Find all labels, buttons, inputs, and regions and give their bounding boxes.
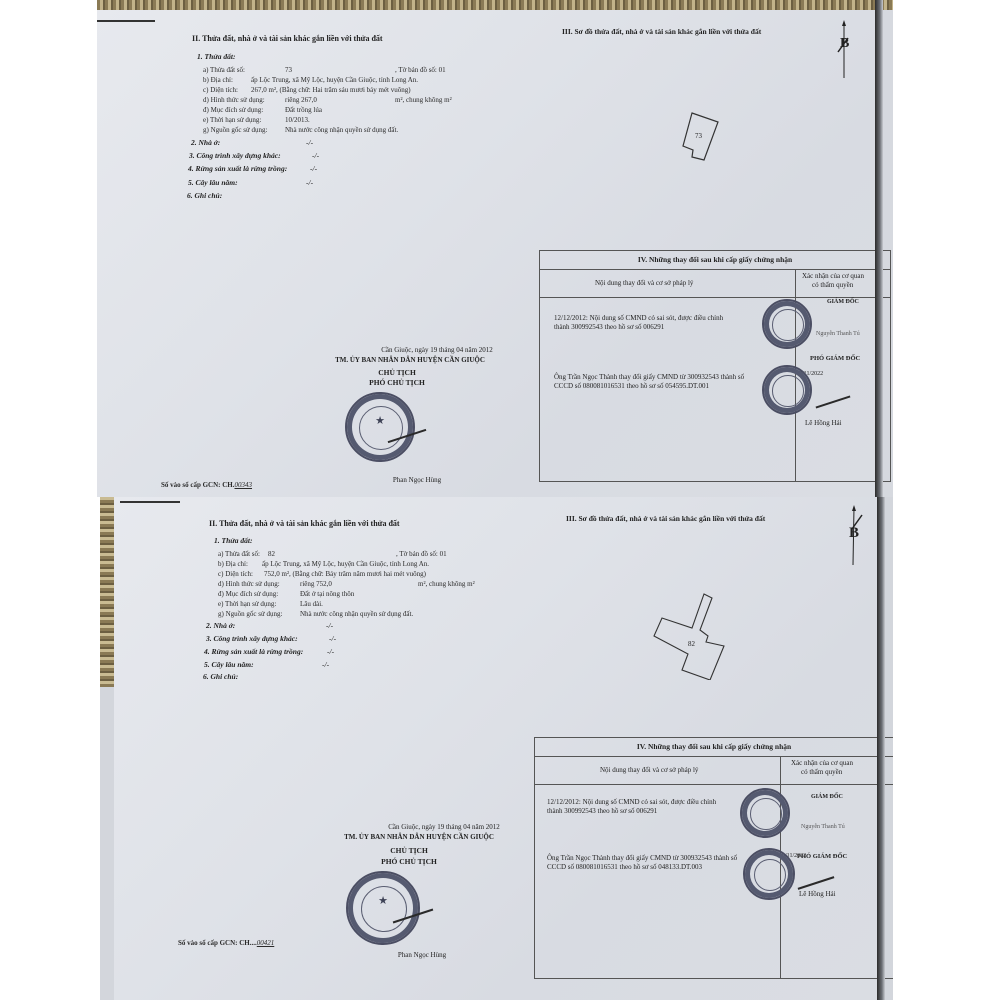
confirm-2-title: PHÓ GIÁM ĐỐC xyxy=(797,853,847,860)
column-header-content: Nội dung thay đổi và cơ sở pháp lý xyxy=(595,279,693,287)
certificate-page: II. Thửa đất, nhà ở và tài sản khác gắn … xyxy=(114,497,879,1000)
signer-name: Phan Ngọc Hùng xyxy=(367,476,467,484)
parcel-diagram: 82 xyxy=(652,590,728,680)
registry-seal-stamp-2 xyxy=(743,848,795,900)
column-header-confirm-2: có thẩm quyền xyxy=(801,768,842,776)
item-notes: 6. Ghi chú: xyxy=(187,191,222,200)
change-entry-2-line2: CCCD số 080081016531 theo hồ sơ số 05459… xyxy=(554,382,709,390)
item-house: 2. Nhà ở:-/- xyxy=(206,621,235,630)
field-term: e) Thời hạn sử dụng:10/2013. xyxy=(203,116,310,124)
certificate-page: II. Thửa đất, nhà ở và tài sản khác gắn … xyxy=(97,10,875,497)
official-seal-stamp: ★ xyxy=(346,871,420,945)
star-emblem-icon: ★ xyxy=(347,414,413,427)
field-area: c) Diện tích:267,0 m², (Bằng chữ: Hai tr… xyxy=(203,86,411,94)
land-heading: 1. Thửa đất: xyxy=(214,536,252,545)
change-entry-2-line1: Ông Trần Ngọc Thành thay đổi giấy CMND t… xyxy=(554,373,744,381)
north-arrow-icon: B xyxy=(834,20,854,80)
signature-mark xyxy=(816,395,851,408)
page-edge xyxy=(875,0,883,497)
section-4-title: IV. Những thay đổi sau khi cấp giấy chứn… xyxy=(535,738,893,757)
registry-seal-stamp-1 xyxy=(740,788,790,838)
north-arrow-icon: B xyxy=(844,505,866,567)
confirm-2-name: Lê Hồng Hải xyxy=(799,890,836,898)
column-header-confirm-1: Xác nhận của cơ quan xyxy=(802,272,864,280)
field-origin: g) Nguồn gốc sử dụng:Nhà nước công nhận … xyxy=(203,126,398,134)
confirm-1-name: Nguyễn Thanh Tú xyxy=(801,824,845,830)
place-date: Cần Giuộc, ngày 19 tháng 04 năm 2012 xyxy=(374,823,514,831)
field-area: c) Diện tích:752,0 m², (Bằng chữ: Bảy tr… xyxy=(218,570,426,578)
divider xyxy=(120,501,180,503)
changes-table: IV. Những thay đổi sau khi cấp giấy chứn… xyxy=(539,250,891,482)
role-chairman: CHỦ TỊCH xyxy=(347,368,447,377)
section-4-title: IV. Những thay đổi sau khi cấp giấy chứn… xyxy=(540,251,890,270)
item-forest: 4. Rừng sản xuất là rừng trồng:-/- xyxy=(204,647,303,656)
item-perennial: 5. Cây lâu năm:-/- xyxy=(188,178,238,187)
signature-mark xyxy=(798,876,835,890)
section-3-title: III. Sơ đồ thửa đất, nhà ở và tài sản kh… xyxy=(566,514,765,523)
issuing-org: TM. ỦY BAN NHÂN DÂN HUYỆN CẦN GIUỘC xyxy=(314,833,524,841)
item-other-works: 3. Công trình xây dựng khác:-/- xyxy=(206,634,298,643)
field-usage-form: d) Hình thức sử dụng:riêng 752,0m², chun… xyxy=(218,580,475,588)
item-forest: 4. Rừng sản xuất là rừng trồng:-/- xyxy=(188,164,287,173)
certificate-photo-bottom: II. Thửa đất, nhà ở và tài sản khác gắn … xyxy=(100,497,893,1000)
certificate-photo-top: II. Thửa đất, nhà ở và tài sản khác gắn … xyxy=(97,0,893,497)
column-header-content: Nội dung thay đổi và cơ sở pháp lý xyxy=(600,766,698,774)
change-entry-1-line1: 12/12/2012: Nội dung số CMND có sai sót,… xyxy=(547,798,716,806)
change-entry-1-line2: thành 300992543 theo hồ sơ số 006291 xyxy=(554,323,664,331)
official-seal-stamp: ★ xyxy=(345,392,415,462)
page-edge xyxy=(877,497,885,1000)
confirm-2-title: PHÓ GIÁM ĐỐC xyxy=(810,355,860,362)
land-heading: 1. Thửa đất: xyxy=(197,52,235,61)
issuing-org: TM. ỦY BAN NHÂN DÂN HUYỆN CẦN GIUỘC xyxy=(305,356,515,364)
item-other-works: 3. Công trình xây dựng khác:-/- xyxy=(189,151,281,160)
field-purpose: đ) Mục đích sử dụng:Đất ở tại nông thôn xyxy=(218,590,354,598)
signer-name: Phan Ngọc Hùng xyxy=(372,951,472,959)
field-address: b) Địa chỉ:ấp Lộc Trung, xã Mỹ Lộc, huyệ… xyxy=(203,76,418,84)
star-emblem-icon: ★ xyxy=(348,894,418,907)
field-origin: g) Nguồn gốc sử dụng:Nhà nước công nhận … xyxy=(218,610,413,618)
burlap-background xyxy=(97,0,893,10)
field-address: b) Địa chỉ:ấp Lộc Trung, xã Mỹ Lộc, huyệ… xyxy=(218,560,429,568)
item-notes: 6. Ghi chú: xyxy=(203,672,238,681)
item-house: 2. Nhà ở:-/- xyxy=(191,138,220,147)
column-header-confirm-2: có thẩm quyền xyxy=(812,281,853,289)
change-entry-1-line2: thành 300992543 theo hồ sơ số 006291 xyxy=(547,807,657,815)
field-parcel-no: a) Thửa đất số:82, Tờ bản đồ số: 01 xyxy=(218,550,447,558)
change-entry-2-line2: CCCD số 080081016531 theo hồ sơ số 04813… xyxy=(547,863,702,871)
register-number: Số vào sổ cấp GCN: CH.00343 xyxy=(161,481,252,489)
confirm-1-title: GIÁM ĐỐC xyxy=(811,794,843,800)
section-2-title: II. Thửa đất, nhà ở và tài sản khác gắn … xyxy=(209,519,400,528)
confirm-1-name: Nguyễn Thanh Tú xyxy=(816,331,860,337)
confirm-1-title: GIÁM ĐỐC xyxy=(827,299,859,305)
registry-seal-stamp-1 xyxy=(762,299,812,349)
divider xyxy=(97,20,155,22)
change-entry-1-line1: 12/12/2012: Nội dung số CMND có sai sót,… xyxy=(554,314,723,322)
field-usage-form: d) Hình thức sử dụng:riêng 267,0m², chun… xyxy=(203,96,452,104)
register-number: Số vào sổ cấp GCN: CH....00421 xyxy=(178,939,274,947)
section-3-title: III. Sơ đồ thửa đất, nhà ở và tài sản kh… xyxy=(562,27,761,36)
role-vice-chairman: PHÓ CHỦ TỊCH xyxy=(347,378,447,387)
section-2-title: II. Thửa đất, nhà ở và tài sản khác gắn … xyxy=(192,34,383,43)
field-purpose: đ) Mục đích sử dụng:Đất trồng lúa xyxy=(203,106,322,114)
registry-seal-stamp-2 xyxy=(762,365,812,415)
column-header-confirm-1: Xác nhận của cơ quan xyxy=(791,759,853,767)
field-parcel-no: a) Thửa đất số:73, Tờ bản đồ số: 01 xyxy=(203,66,446,74)
changes-table: IV. Những thay đổi sau khi cấp giấy chứn… xyxy=(534,737,893,979)
parcel-diagram: 73 xyxy=(682,112,722,164)
burlap-background xyxy=(100,497,114,687)
role-vice-chairman: PHÓ CHỦ TỊCH xyxy=(359,857,459,866)
place-date: Cần Giuộc, ngày 19 tháng 04 năm 2012 xyxy=(367,346,507,354)
confirm-2-name: Lê Hồng Hải xyxy=(805,419,842,427)
field-term: e) Thời hạn sử dụng:Lâu dài. xyxy=(218,600,323,608)
item-perennial: 5. Cây lâu năm:-/- xyxy=(204,660,254,669)
role-chairman: CHỦ TỊCH xyxy=(359,846,459,855)
change-entry-2-line1: Ông Trần Ngọc Thành thay đổi giấy CMND t… xyxy=(547,854,737,862)
